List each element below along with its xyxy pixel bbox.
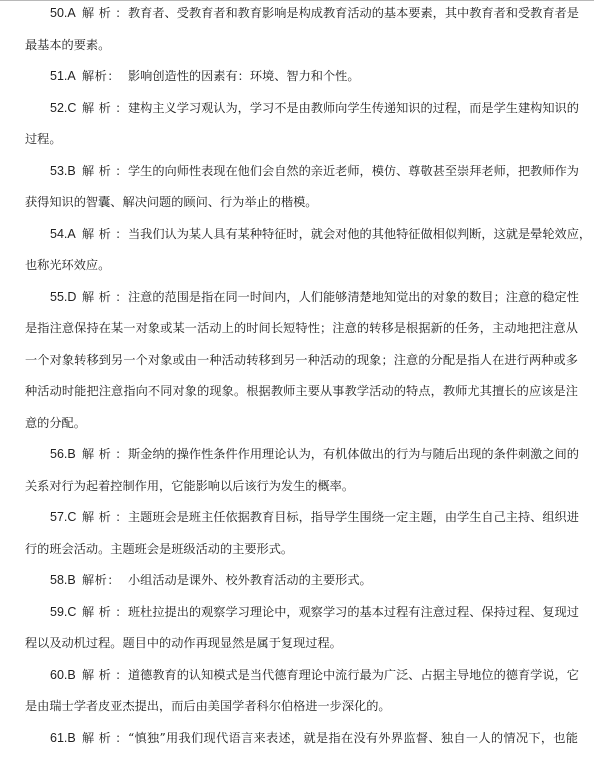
explanation-57-line-2: 行的班会活动。主题班会是班级活动的主要形式。 xyxy=(25,539,578,571)
explanation-text: 影响创造性的因素有：环境、智力和个性。 xyxy=(128,66,578,86)
question-number: 58.B xyxy=(50,570,82,590)
explanation-60-line-1: 60.B解析：道德教育的认知模式是当代德育理论中流行最为广泛、占据主导地位的德育… xyxy=(25,665,578,697)
explanation-52-line-2: 过程。 xyxy=(25,129,578,161)
explanation-label: 解析： xyxy=(82,287,128,307)
question-number: 53.B xyxy=(50,161,82,181)
explanation-55-line-3: 一个对象转移到另一个对象或由一种活动转移到另一种活动的现象；注意的分配是指人在进… xyxy=(25,350,578,382)
explanation-54-line-2: 也称光环效应。 xyxy=(25,255,578,287)
explanation-text: 道德教育的认知模式是当代德育理论中流行最为广泛、占据主导地位的德育学说，它 xyxy=(128,665,578,685)
explanation-label: 解析： xyxy=(82,98,128,118)
explanation-59-line-2: 程以及动机过程。题目中的动作再现显然是属于复现过程。 xyxy=(25,633,578,665)
explanation-text: 班杜拉提出的观察学习理论中，观察学习的基本过程有注意过程、保持过程、复现过 xyxy=(128,602,578,622)
question-number: 52.C xyxy=(50,98,82,118)
explanation-text: 当我们认为某人具有某种特征时，就会对他的其他特征做相似判断，这就是晕轮效应， xyxy=(128,224,578,244)
question-number: 55.D xyxy=(50,287,82,307)
explanation-56-line-2: 关系对行为起着控制作用，它能影响以后该行为发生的概率。 xyxy=(25,476,578,508)
explanation-text: 注意的范围是指在同一时间内，人们能够清楚地知觉出的对象的数目；注意的稳定性 xyxy=(128,287,578,307)
explanation-label: 解析： xyxy=(82,570,128,590)
question-number: 61.B xyxy=(50,728,82,748)
explanation-60-line-2: 是由瑞士学者皮亚杰提出，而后由美国学者科尔伯格进一步深化的。 xyxy=(25,696,578,728)
explanation-text: 建构主义学习观认为，学习不是由教师向学生传递知识的过程，而是学生建构知识的 xyxy=(128,98,578,118)
explanation-50-line-1: 50.A解析：教育者、受教育者和教育影响是构成教育活动的基本要素，其中教育者和受… xyxy=(25,3,578,35)
page-top-edge xyxy=(0,0,594,1)
explanation-text: “慎独”用我们现代语言来表述，就是指在没有外界监督、独自一人的情况下，也能 xyxy=(128,728,578,748)
explanation-label: 解析： xyxy=(82,224,128,244)
explanation-56-line-1: 56.B解析：斯金纳的操作性条件作用理论认为，有机体做出的行为与随后出现的条件刺… xyxy=(25,444,578,476)
explanation-53-line-1: 53.B解析：学生的向师性表现在他们会自然的亲近老师，模仿、尊敬甚至崇拜老师，把… xyxy=(25,161,578,193)
explanation-52-line-1: 52.C解析：建构主义学习观认为，学习不是由教师向学生传递知识的过程，而是学生建… xyxy=(25,98,578,130)
explanation-text: 小组活动是课外、校外教育活动的主要形式。 xyxy=(128,570,578,590)
explanation-57-line-1: 57.C解析：主题班会是班主任依据教育目标，指导学生围绕一定主题，由学生自己主持… xyxy=(25,507,578,539)
question-number: 57.C xyxy=(50,507,82,527)
explanation-55-line-5: 意的分配。 xyxy=(25,413,578,445)
question-number: 60.B xyxy=(50,665,82,685)
explanation-51-line-1: 51.A解析：影响创造性的因素有：环境、智力和个性。 xyxy=(25,66,578,98)
explanation-label: 解析： xyxy=(82,507,128,527)
explanation-text: 主题班会是班主任依据教育目标，指导学生围绕一定主题，由学生自己主持、组织进 xyxy=(128,507,578,527)
explanation-55-line-1: 55.D解析：注意的范围是指在同一时间内，人们能够清楚地知觉出的对象的数目；注意… xyxy=(25,287,578,319)
explanation-55-line-4: 种活动时能把注意指向不同对象的现象。根据教师主要从事教学活动的特点，教师尤其擅长… xyxy=(25,381,578,413)
explanation-label: 解析： xyxy=(82,602,128,622)
explanation-label: 解析： xyxy=(82,66,128,86)
explanation-text: 斯金纳的操作性条件作用理论认为，有机体做出的行为与随后出现的条件刺激之间的 xyxy=(128,444,578,464)
explanation-label: 解析： xyxy=(82,665,128,685)
question-number: 54.A xyxy=(50,224,82,244)
question-number: 51.A xyxy=(50,66,82,86)
explanation-55-line-2: 是指注意保持在某一对象或某一活动上的时间长短特性；注意的转移是根据新的任务，主动… xyxy=(25,318,578,350)
explanation-label: 解析： xyxy=(82,3,128,23)
explanation-label: 解析： xyxy=(82,444,128,464)
answer-explanations: 50.A解析：教育者、受教育者和教育影响是构成教育活动的基本要素，其中教育者和受… xyxy=(25,3,578,759)
explanation-label: 解析： xyxy=(82,728,128,748)
explanation-54-line-1: 54.A解析：当我们认为某人具有某种特征时，就会对他的其他特征做相似判断，这就是… xyxy=(25,224,578,256)
explanation-61-line-1: 61.B解析：“慎独”用我们现代语言来表述，就是指在没有外界监督、独自一人的情况… xyxy=(25,728,578,760)
question-number: 59.C xyxy=(50,602,82,622)
question-number: 56.B xyxy=(50,444,82,464)
explanation-text: 教育者、受教育者和教育影响是构成教育活动的基本要素，其中教育者和受教育者是 xyxy=(128,3,578,23)
explanation-53-line-2: 获得知识的智囊、解决问题的顾问、行为举止的楷模。 xyxy=(25,192,578,224)
explanation-59-line-1: 59.C解析：班杜拉提出的观察学习理论中，观察学习的基本过程有注意过程、保持过程… xyxy=(25,602,578,634)
explanation-50-line-2: 最基本的要素。 xyxy=(25,35,578,67)
explanation-label: 解析： xyxy=(82,161,128,181)
explanation-text: 学生的向师性表现在他们会自然的亲近老师，模仿、尊敬甚至崇拜老师，把教师作为 xyxy=(128,161,578,181)
question-number: 50.A xyxy=(50,3,82,23)
explanation-58-line-1: 58.B解析：小组活动是课外、校外教育活动的主要形式。 xyxy=(25,570,578,602)
